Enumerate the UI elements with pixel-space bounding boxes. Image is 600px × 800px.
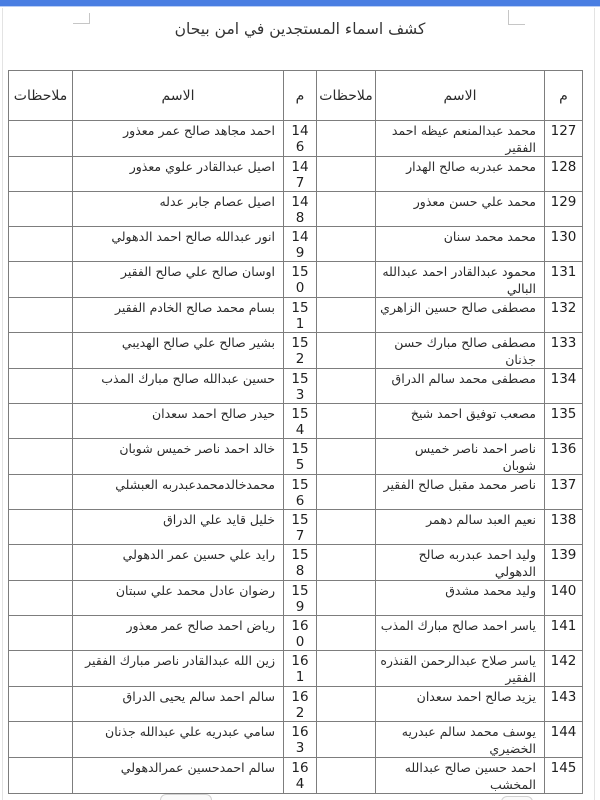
name-cell: ياسر احمد صالح مبارك المذب — [376, 616, 545, 651]
document-title: كشف اسماء المستجدين في امن بيحان — [0, 20, 600, 38]
notes-cell — [9, 298, 73, 333]
table-row: 143يزيد صالح احمد سعدان162سالم احمد سالم… — [9, 687, 583, 722]
name-cell: نعيم العبد سالم دهمر — [376, 510, 545, 545]
row-number-cell: 156 — [284, 475, 317, 510]
name-cell: بسام محمد صالح الخادم الفقير — [73, 298, 284, 333]
table-row: 129محمد علي حسن معذور148اصيل عصام جابر ع… — [9, 192, 583, 227]
table-row: 144يوسف محمد سالم عبدريه الخضيري163سامي … — [9, 722, 583, 758]
table-row: 138نعيم العبد سالم دهمر157خليل قايد علي … — [9, 510, 583, 545]
row-number-cell: 139 — [545, 545, 583, 581]
notes-cell — [317, 262, 376, 298]
table-row: 139وليد احمد عبدربه صالح الدهولي158رايد … — [9, 545, 583, 581]
notes-cell — [317, 439, 376, 475]
header-name-left: الاسم — [73, 71, 284, 121]
row-number-cell: 141 — [545, 616, 583, 651]
name-cell: محمد علي حسن معذور — [376, 192, 545, 227]
name-cell: خليل قايد علي الدراق — [73, 510, 284, 545]
row-number-cell: 127 — [545, 121, 583, 157]
name-cell: مصعب توفيق احمد شيخ — [376, 404, 545, 439]
notes-cell — [317, 545, 376, 581]
row-number-cell: 134 — [545, 369, 583, 404]
row-number-cell: 155 — [284, 439, 317, 475]
table-row: 145احمد حسين صالح عبدالله المخشب164سالم … — [9, 758, 583, 794]
table-row: 131محمود عبدالقادر احمد عبدالله البالي15… — [9, 262, 583, 298]
row-number-cell: 145 — [545, 758, 583, 794]
notes-cell — [9, 192, 73, 227]
name-cell: سالم احمدحسين عمرالدهولي — [73, 758, 284, 794]
top-accent-bar — [0, 0, 600, 7]
name-cell: حيدر صالح احمد سعدان — [73, 404, 284, 439]
row-number-cell: 147 — [284, 157, 317, 192]
table-row: 132مصطفى صالح حسين الزاهري151بسام محمد ص… — [9, 298, 583, 333]
name-cell: احمد مجاهد صالح عمر معذور — [73, 121, 284, 157]
name-cell: محمد محمد سنان — [376, 227, 545, 262]
name-cell: محمدخالدمحمدعبدربه العبشلي — [73, 475, 284, 510]
row-number-cell: 150 — [284, 262, 317, 298]
row-number-cell: 160 — [284, 616, 317, 651]
name-cell: مصطفى صالح مبارك حسن جذنان — [376, 333, 545, 369]
row-number-cell: 131 — [545, 262, 583, 298]
table-row: 127محمد عبدالمنعم عيظه احمد الفقير146احم… — [9, 121, 583, 157]
page-edge-right — [594, 8, 595, 800]
row-number-cell: 158 — [284, 545, 317, 581]
notes-cell — [317, 687, 376, 722]
notes-cell — [9, 581, 73, 616]
table-row: 141ياسر احمد صالح مبارك المذب160رياض احم… — [9, 616, 583, 651]
table-row: 140وليد محمد مشدق159رضوان عادل محمد علي … — [9, 581, 583, 616]
notes-cell — [317, 581, 376, 616]
notes-cell — [317, 651, 376, 687]
row-number-cell: 140 — [545, 581, 583, 616]
table-row: 136ناصر احمد ناصر خميس شوبان155خالد احمد… — [9, 439, 583, 475]
notes-cell — [317, 758, 376, 794]
notes-cell — [317, 616, 376, 651]
name-cell: مصطفى صالح حسين الزاهري — [376, 298, 545, 333]
table-row: 130محمد محمد سنان149انور عبدالله صالح اح… — [9, 227, 583, 262]
name-cell: سامي عبدريه علي عبدالله جذنان — [73, 722, 284, 758]
name-cell: خالد احمد ناصر خميس شوبان — [73, 439, 284, 475]
name-cell: احمد حسين صالح عبدالله المخشب — [376, 758, 545, 794]
row-number-cell: 128 — [545, 157, 583, 192]
notes-cell — [317, 722, 376, 758]
notes-cell — [9, 722, 73, 758]
table-header-row: م الاسم ملاحظات م الاسم ملاحظات — [9, 71, 583, 121]
bottom-cutoff-shape-left — [160, 794, 212, 800]
name-cell: مصطفى محمد سالم الدراق — [376, 369, 545, 404]
row-number-cell: 129 — [545, 192, 583, 227]
row-number-cell: 146 — [284, 121, 317, 157]
name-cell: ناصر محمد مقبل صالح الفقير — [376, 475, 545, 510]
notes-cell — [9, 369, 73, 404]
notes-cell — [9, 262, 73, 298]
name-cell: انور عبدالله صالح احمد الدهولي — [73, 227, 284, 262]
row-number-cell: 163 — [284, 722, 317, 758]
row-number-cell: 137 — [545, 475, 583, 510]
name-cell: حسين عبدالله صالح مبارك المذب — [73, 369, 284, 404]
notes-cell — [317, 510, 376, 545]
name-cell: يوسف محمد سالم عبدريه الخضيري — [376, 722, 545, 758]
notes-cell — [9, 545, 73, 581]
name-cell: رياض احمد صالح عمر معذور — [73, 616, 284, 651]
name-cell: اصيل عصام جابر عدله — [73, 192, 284, 227]
name-cell: سالم احمد سالم يحيى الدراق — [73, 687, 284, 722]
row-number-cell: 161 — [284, 651, 317, 687]
name-cell: زين الله عبدالقادر ناصر مبارك الفقير — [73, 651, 284, 687]
row-number-cell: 142 — [545, 651, 583, 687]
header-name-right: الاسم — [376, 71, 545, 121]
row-number-cell: 154 — [284, 404, 317, 439]
notes-cell — [9, 758, 73, 794]
table-row: 128محمد عبدربه صالح الهدار147اصيل عبدالق… — [9, 157, 583, 192]
table-row: 137ناصر محمد مقبل صالح الفقير156محمدخالد… — [9, 475, 583, 510]
row-number-cell: 144 — [545, 722, 583, 758]
row-number-cell: 149 — [284, 227, 317, 262]
row-number-cell: 164 — [284, 758, 317, 794]
notes-cell — [317, 475, 376, 510]
row-number-cell: 159 — [284, 581, 317, 616]
notes-cell — [9, 687, 73, 722]
table-row: 134مصطفى محمد سالم الدراق153حسين عبدالله… — [9, 369, 583, 404]
name-cell: اوسان صالح علي صالح الفقير — [73, 262, 284, 298]
notes-cell — [9, 616, 73, 651]
bottom-cutoff-shape-right — [501, 796, 533, 800]
table-row: 135مصعب توفيق احمد شيخ154حيدر صالح احمد … — [9, 404, 583, 439]
name-cell: بشير صالح علي صالح الهديبي — [73, 333, 284, 369]
notes-cell — [9, 157, 73, 192]
notes-cell — [9, 404, 73, 439]
name-cell: وليد احمد عبدربه صالح الدهولي — [376, 545, 545, 581]
name-cell: محمد عبدالمنعم عيظه احمد الفقير — [376, 121, 545, 157]
header-num-left: م — [284, 71, 317, 121]
table-row: 142ياسر صلاح عبدالرحمن القنذره الفقير161… — [9, 651, 583, 687]
table-row: 133مصطفى صالح مبارك حسن جذنان152بشير صال… — [9, 333, 583, 369]
notes-cell — [317, 192, 376, 227]
name-cell: وليد محمد مشدق — [376, 581, 545, 616]
notes-cell — [9, 227, 73, 262]
notes-cell — [9, 651, 73, 687]
notes-cell — [317, 121, 376, 157]
notes-cell — [9, 475, 73, 510]
name-cell: ناصر احمد ناصر خميس شوبان — [376, 439, 545, 475]
row-number-cell: 143 — [545, 687, 583, 722]
row-number-cell: 157 — [284, 510, 317, 545]
notes-cell — [317, 369, 376, 404]
notes-cell — [317, 227, 376, 262]
name-cell: اصيل عبدالقادر علوي معذور — [73, 157, 284, 192]
header-notes-right: ملاحظات — [317, 71, 376, 121]
page-edge-left — [2, 8, 3, 800]
name-cell: رايد علي حسين عمر الدهولي — [73, 545, 284, 581]
name-cell: محمد عبدربه صالح الهدار — [376, 157, 545, 192]
name-cell: رضوان عادل محمد علي سبتان — [73, 581, 284, 616]
header-num-right: م — [545, 71, 583, 121]
row-number-cell: 133 — [545, 333, 583, 369]
notes-cell — [317, 333, 376, 369]
row-number-cell: 135 — [545, 404, 583, 439]
row-number-cell: 136 — [545, 439, 583, 475]
row-number-cell: 138 — [545, 510, 583, 545]
notes-cell — [317, 404, 376, 439]
row-number-cell: 152 — [284, 333, 317, 369]
name-cell: ياسر صلاح عبدالرحمن القنذره الفقير — [376, 651, 545, 687]
notes-cell — [9, 121, 73, 157]
name-cell: محمود عبدالقادر احمد عبدالله البالي — [376, 262, 545, 298]
row-number-cell: 130 — [545, 227, 583, 262]
notes-cell — [317, 298, 376, 333]
recruits-table: م الاسم ملاحظات م الاسم ملاحظات 127محمد … — [8, 70, 583, 794]
row-number-cell: 151 — [284, 298, 317, 333]
row-number-cell: 162 — [284, 687, 317, 722]
row-number-cell: 132 — [545, 298, 583, 333]
name-cell: يزيد صالح احمد سعدان — [376, 687, 545, 722]
row-number-cell: 153 — [284, 369, 317, 404]
notes-cell — [9, 333, 73, 369]
notes-cell — [317, 157, 376, 192]
row-number-cell: 148 — [284, 192, 317, 227]
notes-cell — [9, 439, 73, 475]
notes-cell — [9, 510, 73, 545]
header-notes-left: ملاحظات — [9, 71, 73, 121]
